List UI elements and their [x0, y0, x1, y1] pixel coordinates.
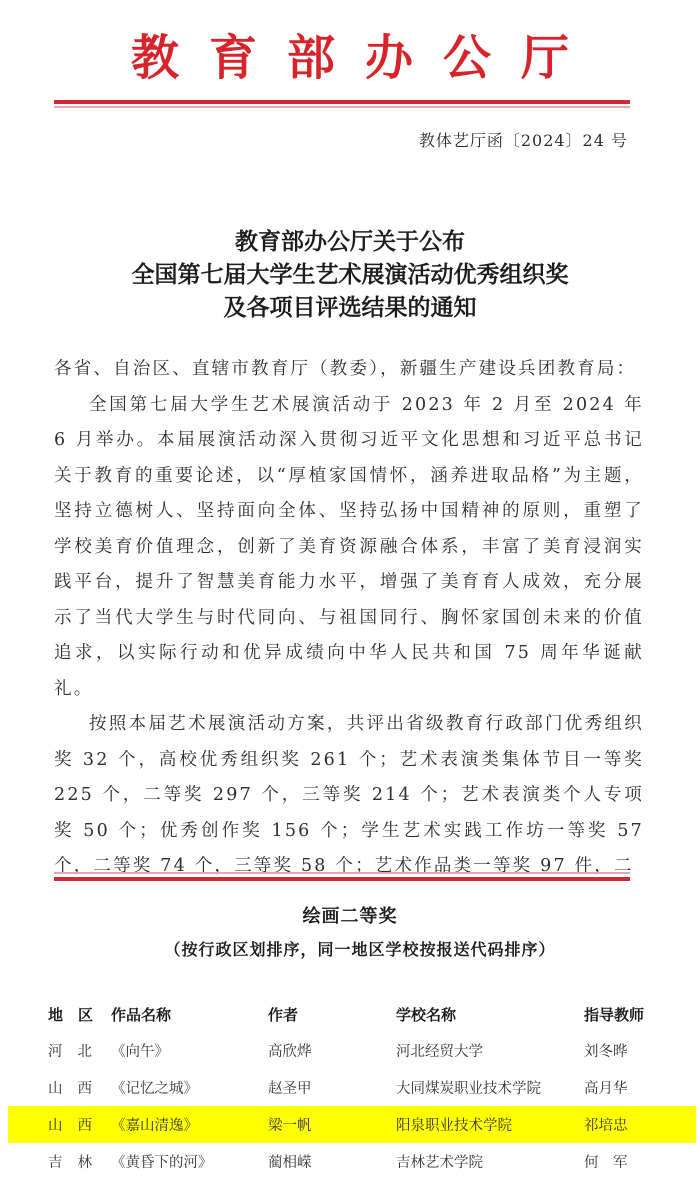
cell-work: 《记忆之城》 [111, 1077, 198, 1098]
table-header-row: 地区 作品名称 作者 学校名称 指导教师 [0, 996, 700, 1032]
section-title: 绘画二等奖 [0, 902, 700, 928]
header-region: 地区 [48, 1004, 108, 1025]
page-divider [54, 872, 630, 884]
cell-teacher: 高月华 [584, 1077, 628, 1098]
title-line-3: 及各项目评选结果的通知 [0, 292, 700, 325]
table-row: 河北 《向午》 高欣烨 河北经贸大学 刘冬晔 [0, 1032, 700, 1069]
cell-school: 河北经贸大学 [396, 1040, 483, 1061]
header-divider [54, 100, 630, 110]
cell-author: 蔺相嵘 [268, 1151, 312, 1172]
table-row-highlighted: 山西 《嘉山清逸》 梁一帆 阳泉职业技术学院 祁培忠 [8, 1106, 696, 1143]
table-row: 山西 《记忆之城》 赵圣甲 大同煤炭职业技术学院 高月华 [0, 1069, 700, 1106]
section-subtitle: （按行政区划排序，同一地区学校按报送代码排序） [0, 937, 700, 960]
header-work: 作品名称 [111, 1004, 171, 1025]
paragraph-2: 按照本届艺术展演活动方案，共评出省级教育行政部门优秀组织奖 32 个，高校优秀组… [54, 707, 644, 885]
cell-region: 山西 [48, 1077, 107, 1098]
title-line-2: 全国第七届大学生艺术展演活动优秀组织奖 [0, 259, 700, 292]
salutation: 各省、自治区、直辖市教育厅（教委），新疆生产建设兵团教育局： [54, 352, 644, 388]
cell-school: 大同煤炭职业技术学院 [396, 1077, 541, 1098]
cell-school: 阳泉职业技术学院 [396, 1114, 512, 1135]
cell-author: 赵圣甲 [268, 1077, 312, 1098]
cell-teacher: 刘冬晔 [584, 1040, 628, 1061]
table-row: 吉林 《黄昏下的河》 蔺相嵘 吉林艺术学院 何 军 [0, 1143, 700, 1180]
cell-region: 山西 [48, 1114, 107, 1135]
header-author: 作者 [268, 1004, 298, 1025]
masthead-title: 教育部办公厅 [0, 28, 700, 88]
document-body: 各省、自治区、直辖市教育厅（教委），新疆生产建设兵团教育局： 全国第七届大学生艺… [54, 352, 644, 885]
title-line-1: 教育部办公厅关于公布 [0, 226, 700, 259]
cell-work: 《向午》 [111, 1040, 169, 1061]
document-number: 教体艺厅函〔2024〕24 号 [419, 128, 628, 151]
cell-teacher: 何 军 [584, 1151, 628, 1172]
cell-region: 吉林 [48, 1151, 107, 1172]
cell-work: 《嘉山清逸》 [111, 1114, 198, 1135]
paragraph-1: 全国第七届大学生艺术展演活动于 2023 年 2 月至 2024 年 6 月举办… [54, 388, 644, 708]
awards-table: 地区 作品名称 作者 学校名称 指导教师 河北 《向午》 高欣烨 河北经贸大学 … [0, 996, 700, 1180]
cell-author: 高欣烨 [268, 1040, 312, 1061]
cell-author: 梁一帆 [268, 1114, 312, 1135]
header-school: 学校名称 [396, 1004, 456, 1025]
document-title: 教育部办公厅关于公布 全国第七届大学生艺术展演活动优秀组织奖 及各项目评选结果的… [0, 226, 700, 325]
cell-work: 《黄昏下的河》 [111, 1151, 213, 1172]
header-teacher: 指导教师 [584, 1004, 644, 1025]
cell-school: 吉林艺术学院 [396, 1151, 483, 1172]
cell-region: 河北 [48, 1040, 107, 1061]
cell-teacher: 祁培忠 [584, 1114, 628, 1135]
